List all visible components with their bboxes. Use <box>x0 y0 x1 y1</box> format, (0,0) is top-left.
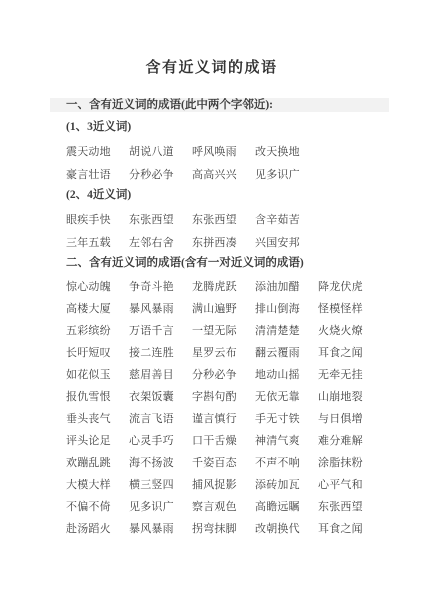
idiom-cell: 眼疾手快 <box>66 214 129 227</box>
idiom-cell: 翻云覆雨 <box>255 347 318 360</box>
idiom-cell: 如花似玉 <box>66 369 129 382</box>
idiom-cell: 涂脂抹粉 <box>318 457 381 470</box>
idiom-cell: 不偏不倚 <box>66 501 129 514</box>
idiom-cell: 神清气爽 <box>255 435 318 448</box>
idiom-cell: 降龙伏虎 <box>318 281 381 294</box>
idiom-cell: 添油加醋 <box>255 281 318 294</box>
idiom-cell: 分秒必争 <box>129 169 192 182</box>
idiom-row: 惊心动魄争奇斗艳龙腾虎跃添油加醋降龙伏虎 <box>66 279 423 292</box>
idiom-cell: 龙腾虎跃 <box>192 281 255 294</box>
idiom-row: 豪言壮语分秒必争高高兴兴见多识广 <box>66 167 423 180</box>
idiom-cell: 不声不响 <box>255 457 318 470</box>
section1-heading: 一、含有近义词的成语(此中两个字邻近): <box>50 98 389 112</box>
idiom-cell: 流言飞语 <box>129 413 192 426</box>
idiom-cell: 争奇斗艳 <box>129 281 192 294</box>
idiom-cell: 兴国安邦 <box>255 237 318 250</box>
idiom-row: 长吁短叹接二连胜星罗云布翻云覆雨耳食之闻 <box>66 345 423 358</box>
idiom-cell: 大模大样 <box>66 479 129 492</box>
idiom-cell: 心灵手巧 <box>129 435 192 448</box>
idiom-cell: 慈眉善目 <box>129 369 192 382</box>
idiom-row: 高楼大厦暴风暴雨满山遍野排山倒海怪模怪样 <box>66 301 423 314</box>
idiom-row: 报仇雪恨衣架饭囊字斟句酌无依无靠山崩地裂 <box>66 389 423 402</box>
idiom-row: 大模大样横三竖四捕风捉影添砖加瓦心平气和 <box>66 477 423 490</box>
idiom-row: 评头论足心灵手巧口干舌燥神清气爽难分难解 <box>66 433 423 446</box>
idiom-cell: 字斟句酌 <box>192 391 255 404</box>
idiom-cell: 无牵无挂 <box>318 369 381 382</box>
idiom-cell: 豪言壮语 <box>66 169 129 182</box>
idiom-cell: 高高兴兴 <box>192 169 255 182</box>
idiom-cell: 山崩地裂 <box>318 391 381 404</box>
idiom-cell: 手无寸铁 <box>255 413 318 426</box>
idiom-cell: 海不扬波 <box>129 457 192 470</box>
idiom-row: 赴汤蹈火暴风暴雨拐弯抹脚改朝换代耳食之闻 <box>66 521 423 534</box>
idiom-cell: 衣架饭囊 <box>129 391 192 404</box>
idiom-cell: 东张西望 <box>129 214 192 227</box>
idiom-cell: 满山遍野 <box>192 303 255 316</box>
idiom-cell: 一望无际 <box>192 325 255 338</box>
idiom-cell: 清清楚楚 <box>255 325 318 338</box>
idiom-row: 震天动地胡说八道呼风唤雨改天换地 <box>66 144 423 157</box>
idiom-row: 欢蹦乱跳海不扬波千姿百态不声不响涂脂抹粉 <box>66 455 423 468</box>
idiom-cell: 见多识广 <box>129 501 192 514</box>
idiom-cell: 拐弯抹脚 <box>192 523 255 536</box>
page-title: 含有近义词的成语 <box>0 0 423 78</box>
idiom-cell: 谨言慎行 <box>192 413 255 426</box>
section2-heading: 二、含有近义词的成语(含有一对近义词的成语) <box>66 256 423 270</box>
idiom-cell: 左邻右舍 <box>129 237 192 250</box>
idiom-cell: 万语千言 <box>129 325 192 338</box>
idiom-cell: 分秒必争 <box>192 369 255 382</box>
idiom-cell: 见多识广 <box>255 169 318 182</box>
document-body: 一、含有近义词的成语(此中两个字邻近): (1、3近义词) 震天动地胡说八道呼风… <box>0 98 423 534</box>
idiom-cell: 高楼大厦 <box>66 303 129 316</box>
idiom-cell: 呼风唤雨 <box>192 146 255 159</box>
idiom-row: 垂头丧气流言飞语谨言慎行手无寸铁与日俱增 <box>66 411 423 424</box>
idiom-cell: 怪模怪样 <box>318 303 381 316</box>
idiom-cell: 东张西望 <box>318 501 381 514</box>
idiom-cell: 欢蹦乱跳 <box>66 457 129 470</box>
idiom-cell: 耳食之闻 <box>318 523 381 536</box>
idiom-cell: 难分难解 <box>318 435 381 448</box>
idiom-cell: 胡说八道 <box>129 146 192 159</box>
idiom-cell: 含辛茹苦 <box>255 214 318 227</box>
idiom-cell: 耳食之闻 <box>318 347 381 360</box>
idiom-cell: 添砖加瓦 <box>255 479 318 492</box>
idiom-row: 眼疾手快东张西望东张西望含辛茹苦 <box>66 212 423 225</box>
idiom-cell: 火烧火燎 <box>318 325 381 338</box>
idiom-cell: 东拼西凑 <box>192 237 255 250</box>
idiom-cell: 口干舌燥 <box>192 435 255 448</box>
idiom-cell: 高瞻远瞩 <box>255 501 318 514</box>
idiom-cell: 心平气和 <box>318 479 381 492</box>
idiom-cell: 报仇雪恨 <box>66 391 129 404</box>
idiom-row: 三年五载左邻右舍东拼西凑兴国安邦 <box>66 235 423 248</box>
document-page: 含有近义词的成语 一、含有近义词的成语(此中两个字邻近): (1、3近义词) 震… <box>0 0 423 600</box>
idiom-row: 如花似玉慈眉善目分秒必争地动山摇无牵无挂 <box>66 367 423 380</box>
idiom-cell: 垂头丧气 <box>66 413 129 426</box>
idiom-cell: 察言观色 <box>192 501 255 514</box>
idiom-cell: 改天换地 <box>255 146 318 159</box>
idiom-cell: 五彩缤纷 <box>66 325 129 338</box>
group1-idiom-list: 震天动地胡说八道呼风唤雨改天换地豪言壮语分秒必争高高兴兴见多识广 <box>66 144 423 180</box>
idiom-cell: 捕风捉影 <box>192 479 255 492</box>
idiom-cell: 赴汤蹈火 <box>66 523 129 536</box>
idiom-cell: 横三竖四 <box>129 479 192 492</box>
group2-idiom-list: 眼疾手快东张西望东张西望含辛茹苦三年五载左邻右舍东拼西凑兴国安邦 <box>66 212 423 248</box>
idiom-cell: 排山倒海 <box>255 303 318 316</box>
idiom-row: 不偏不倚见多识广察言观色高瞻远瞩东张西望 <box>66 499 423 512</box>
idiom-cell: 暴风暴雨 <box>129 523 192 536</box>
idiom-cell: 东张西望 <box>192 214 255 227</box>
idiom-cell: 接二连胜 <box>129 347 192 360</box>
idiom-cell: 千姿百态 <box>192 457 255 470</box>
idiom-cell: 暴风暴雨 <box>129 303 192 316</box>
idiom-cell: 评头论足 <box>66 435 129 448</box>
idiom-cell: 星罗云布 <box>192 347 255 360</box>
idiom-cell: 惊心动魄 <box>66 281 129 294</box>
idiom-cell: 改朝换代 <box>255 523 318 536</box>
idiom-cell: 与日俱增 <box>318 413 381 426</box>
group1-label: (1、3近义词) <box>66 121 423 134</box>
idiom-cell: 三年五载 <box>66 237 129 250</box>
idiom-cell: 无依无靠 <box>255 391 318 404</box>
idiom-cell: 震天动地 <box>66 146 129 159</box>
section2-idiom-list: 惊心动魄争奇斗艳龙腾虎跃添油加醋降龙伏虎高楼大厦暴风暴雨满山遍野排山倒海怪模怪样… <box>66 279 423 534</box>
idiom-cell: 地动山摇 <box>255 369 318 382</box>
group2-label: (2、4近义词) <box>66 189 423 202</box>
idiom-row: 五彩缤纷万语千言一望无际清清楚楚火烧火燎 <box>66 323 423 336</box>
idiom-cell: 长吁短叹 <box>66 347 129 360</box>
